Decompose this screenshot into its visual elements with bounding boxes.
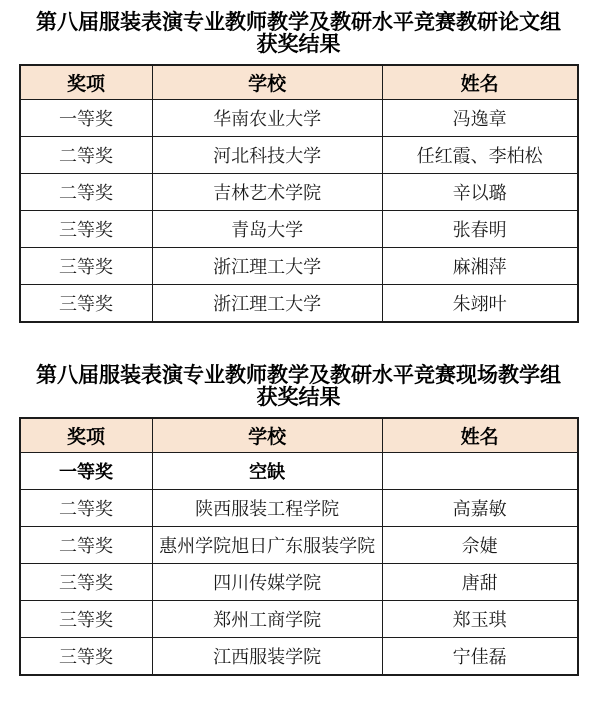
section-title-line1: 第八届服装表演专业教师教学及教研水平竞赛教研论文组: [19, 12, 579, 34]
column-header-school: 学校: [152, 65, 382, 100]
cell-award: 三等奖: [20, 564, 153, 601]
cell-school: 陕西服装工程学院: [152, 490, 382, 527]
awards-table-wrap: 奖项学校姓名 一等奖空缺二等奖陕西服装工程学院高嘉敏二等奖惠州学院旭日广东服装学…: [19, 417, 579, 676]
cell-school: 浙江理工大学: [152, 285, 382, 323]
awards-table: 奖项学校姓名 一等奖空缺二等奖陕西服装工程学院高嘉敏二等奖惠州学院旭日广东服装学…: [19, 417, 579, 676]
table-row: 二等奖吉林艺术学院辛以璐: [20, 174, 578, 211]
awards-table: 奖项学校姓名 一等奖华南农业大学冯逸章二等奖河北科技大学任红霞、李柏松二等奖吉林…: [19, 64, 579, 323]
cell-name: 任红霞、李柏松: [382, 137, 577, 174]
table-row: 三等奖四川传媒学院唐甜: [20, 564, 578, 601]
cell-school: 青岛大学: [152, 211, 382, 248]
table-row: 三等奖江西服装学院宁佳磊: [20, 638, 578, 676]
header-row: 奖项学校姓名: [20, 65, 578, 100]
column-header-award: 奖项: [20, 65, 153, 100]
award-section: 第八届服装表演专业教师教学及教研水平竞赛教研论文组 获奖结果 奖项学校姓名 一等…: [19, 12, 579, 323]
table-row: 二等奖河北科技大学任红霞、李柏松: [20, 137, 578, 174]
cell-name: 麻湘萍: [382, 248, 577, 285]
cell-name: 朱翊叶: [382, 285, 577, 323]
cell-award: 三等奖: [20, 211, 153, 248]
table-body: 一等奖华南农业大学冯逸章二等奖河北科技大学任红霞、李柏松二等奖吉林艺术学院辛以璐…: [20, 100, 578, 323]
table-body: 一等奖空缺二等奖陕西服装工程学院高嘉敏二等奖惠州学院旭日广东服装学院佘婕三等奖四…: [20, 453, 578, 676]
table-row: 三等奖浙江理工大学麻湘萍: [20, 248, 578, 285]
cell-school: 江西服装学院: [152, 638, 382, 676]
column-header-school: 学校: [152, 418, 382, 453]
cell-school: 郑州工商学院: [152, 601, 382, 638]
cell-school: 华南农业大学: [152, 100, 382, 137]
cell-name: [382, 453, 577, 490]
cell-name: 宁佳磊: [382, 638, 577, 676]
cell-school: 空缺: [152, 453, 382, 490]
table-row: 三等奖青岛大学张春明: [20, 211, 578, 248]
cell-name: 郑玉琪: [382, 601, 577, 638]
cell-award: 二等奖: [20, 527, 153, 564]
table-row: 一等奖华南农业大学冯逸章: [20, 100, 578, 137]
cell-school: 吉林艺术学院: [152, 174, 382, 211]
table-row: 二等奖陕西服装工程学院高嘉敏: [20, 490, 578, 527]
cell-name: 张春明: [382, 211, 577, 248]
cell-award: 一等奖: [20, 100, 153, 137]
table-header: 奖项学校姓名: [20, 65, 578, 100]
cell-name: 佘婕: [382, 527, 577, 564]
cell-award: 二等奖: [20, 174, 153, 211]
cell-school: 惠州学院旭日广东服装学院: [152, 527, 382, 564]
cell-award: 二等奖: [20, 490, 153, 527]
cell-school: 四川传媒学院: [152, 564, 382, 601]
cell-award: 三等奖: [20, 248, 153, 285]
section-title-line1: 第八届服装表演专业教师教学及教研水平竞赛现场教学组: [19, 365, 579, 387]
column-header-award: 奖项: [20, 418, 153, 453]
header-row: 奖项学校姓名: [20, 418, 578, 453]
award-results-page: 第八届服装表演专业教师教学及教研水平竞赛教研论文组 获奖结果 奖项学校姓名 一等…: [19, 0, 579, 676]
table-row: 三等奖浙江理工大学朱翊叶: [20, 285, 578, 323]
awards-table-wrap: 奖项学校姓名 一等奖华南农业大学冯逸章二等奖河北科技大学任红霞、李柏松二等奖吉林…: [19, 64, 579, 323]
column-header-name: 姓名: [382, 418, 577, 453]
table-row: 一等奖空缺: [20, 453, 578, 490]
cell-award: 三等奖: [20, 601, 153, 638]
table-row: 三等奖郑州工商学院郑玉琪: [20, 601, 578, 638]
award-section: 第八届服装表演专业教师教学及教研水平竞赛现场教学组 获奖结果 奖项学校姓名 一等…: [19, 365, 579, 676]
table-header: 奖项学校姓名: [20, 418, 578, 453]
cell-name: 辛以璐: [382, 174, 577, 211]
cell-name: 唐甜: [382, 564, 577, 601]
cell-award: 三等奖: [20, 285, 153, 323]
cell-school: 河北科技大学: [152, 137, 382, 174]
cell-name: 高嘉敏: [382, 490, 577, 527]
column-header-name: 姓名: [382, 65, 577, 100]
table-row: 二等奖惠州学院旭日广东服装学院佘婕: [20, 527, 578, 564]
section-title: 第八届服装表演专业教师教学及教研水平竞赛教研论文组 获奖结果: [19, 12, 579, 56]
section-title-line2: 获奖结果: [19, 387, 579, 409]
cell-name: 冯逸章: [382, 100, 577, 137]
cell-award: 二等奖: [20, 137, 153, 174]
section-title: 第八届服装表演专业教师教学及教研水平竞赛现场教学组 获奖结果: [19, 365, 579, 409]
cell-school: 浙江理工大学: [152, 248, 382, 285]
cell-award: 三等奖: [20, 638, 153, 676]
section-title-line2: 获奖结果: [19, 34, 579, 56]
cell-award: 一等奖: [20, 453, 153, 490]
